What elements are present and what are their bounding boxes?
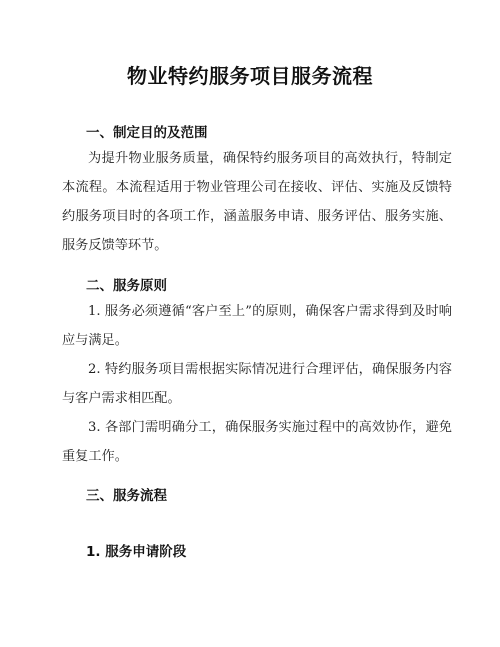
paragraph-principle-1: 1. 服务必须遵循“客户至上”的原则，确保客户需求得到及时响应与满足。 — [62, 297, 452, 355]
section-heading-service-process: 三、服务流程 — [86, 484, 167, 504]
paragraph-principle-2: 2. 特约服务项目需根据实际情况进行合理评估，确保服务内容与客户需求相匹配。 — [62, 355, 452, 413]
document-page: 物业特约服务项目服务流程 一、制定目的及范围 为提升物业服务质量，确保特约服务项… — [0, 0, 500, 647]
document-title: 物业特约服务项目服务流程 — [0, 60, 500, 89]
section-heading-service-principles: 二、服务原则 — [86, 274, 167, 294]
subheading-application-stage: 1. 服务申请阶段 — [86, 540, 186, 560]
paragraph-purpose-scope: 为提升物业服务质量，确保特约服务项目的高效执行，特制定本流程。本流程适用于物业管… — [62, 144, 452, 260]
section-heading-purpose-scope: 一、制定目的及范围 — [86, 121, 208, 141]
paragraph-principle-3: 3. 各部门需明确分工，确保服务实施过程中的高效协作，避免重复工作。 — [62, 413, 452, 471]
